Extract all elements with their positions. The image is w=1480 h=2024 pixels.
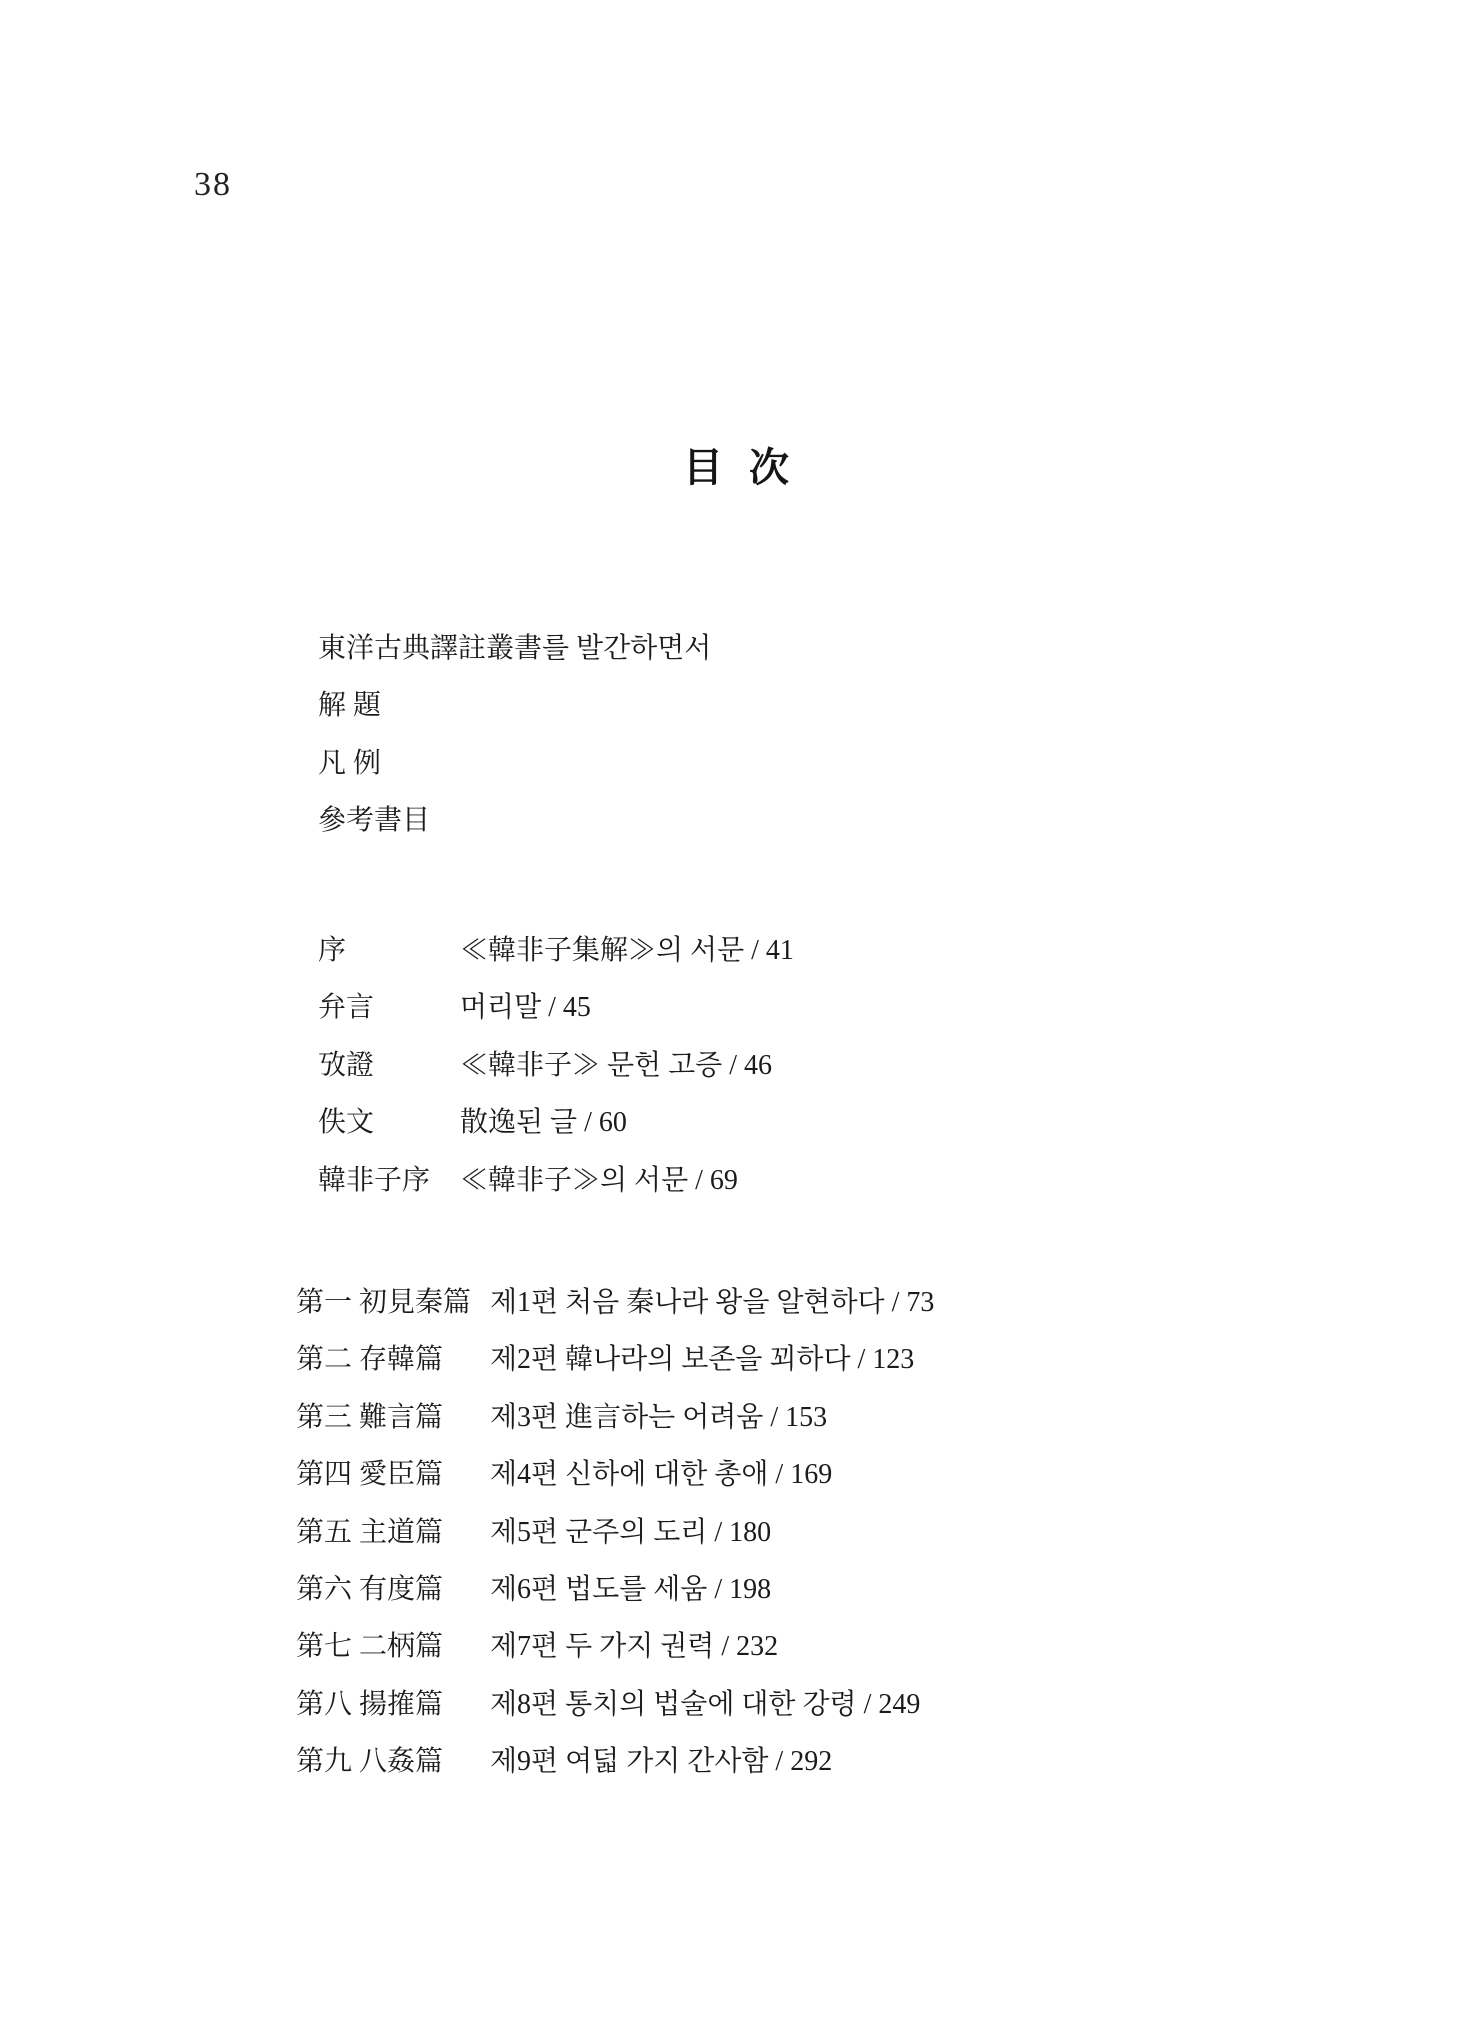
toc-entry-description: 제2편 韓나라의 보존을 꾀하다 / 123	[490, 1331, 914, 1388]
toc-entry: 第四 愛臣篇 제4편 신하에 대한 총애 / 169	[296, 1446, 934, 1503]
front-matter-item: 解 題	[318, 677, 711, 734]
toc-entry-label: 第八 揚搉篇	[296, 1676, 490, 1733]
toc-entry: 佚文 散逸된 글 / 60	[318, 1094, 794, 1151]
toc-entry: 第六 有度篇 제6편 법도를 세움 / 198	[296, 1561, 934, 1618]
toc-entry: 第一 初見秦篇 제1편 처음 秦나라 왕을 알현하다 / 73	[296, 1274, 934, 1331]
front-matter-item: 東洋古典譯註叢書를 발간하면서	[318, 620, 711, 677]
front-matter-item: 參考書目	[318, 792, 711, 849]
document-page: 38 目 次 東洋古典譯註叢書를 발간하면서 解 題 凡 例 參考書目 序 ≪韓…	[0, 0, 1480, 2024]
toc-entry-label: 第六 有度篇	[296, 1561, 490, 1618]
toc-entry: 第八 揚搉篇 제8편 통치의 법술에 대한 강령 / 249	[296, 1676, 934, 1733]
toc-entry-description: 제5편 군주의 도리 / 180	[490, 1504, 771, 1561]
toc-entry: 第七 二柄篇 제7편 두 가지 권력 / 232	[296, 1618, 934, 1675]
toc-entry-description: 散逸된 글 / 60	[460, 1094, 627, 1151]
toc-entry: 弁言 머리말 / 45	[318, 979, 794, 1036]
toc-entry: 第二 存韓篇 제2편 韓나라의 보존을 꾀하다 / 123	[296, 1331, 934, 1388]
toc-entry: 攷證 ≪韓非子≫ 문헌 고증 / 46	[318, 1037, 794, 1094]
toc-entry-description: ≪韓非子≫ 문헌 고증 / 46	[460, 1037, 772, 1094]
front-matter-item: 凡 例	[318, 735, 711, 792]
chapter-list: 第一 初見秦篇 제1편 처음 秦나라 왕을 알현하다 / 73 第二 存韓篇 제…	[296, 1274, 934, 1791]
toc-entry-label: 第五 主道篇	[296, 1504, 490, 1561]
toc-entry-label: 第七 二柄篇	[296, 1618, 490, 1675]
toc-entry-description: 제4편 신하에 대한 총애 / 169	[490, 1446, 832, 1503]
toc-entry-label: 佚文	[318, 1094, 460, 1151]
toc-entry-description: 제8편 통치의 법술에 대한 강령 / 249	[490, 1676, 920, 1733]
toc-entry-label: 攷證	[318, 1037, 460, 1094]
toc-entry-label: 第二 存韓篇	[296, 1331, 490, 1388]
toc-entry-label: 第九 八姦篇	[296, 1733, 490, 1790]
toc-entry-description: 제6편 법도를 세움 / 198	[490, 1561, 771, 1618]
toc-entry-description: ≪韓非子≫의 서문 / 69	[460, 1152, 738, 1209]
toc-entry-description: 제7편 두 가지 권력 / 232	[490, 1618, 778, 1675]
toc-entry: 第五 主道篇 제5편 군주의 도리 / 180	[296, 1504, 934, 1561]
toc-entry: 韓非子序 ≪韓非子≫의 서문 / 69	[318, 1152, 794, 1209]
front-matter-list: 東洋古典譯註叢書를 발간하면서 解 題 凡 例 參考書目	[318, 620, 711, 850]
toc-entry-description: ≪韓非子集解≫의 서문 / 41	[460, 922, 794, 979]
toc-entry-description: 제3편 進言하는 어려움 / 153	[490, 1389, 827, 1446]
toc-entry-label: 序	[318, 922, 460, 979]
toc-entry-label: 弁言	[318, 979, 460, 1036]
preface-list: 序 ≪韓非子集解≫의 서문 / 41 弁言 머리말 / 45 攷證 ≪韓非子≫ …	[318, 922, 794, 1209]
toc-entry-label: 第一 初見秦篇	[296, 1274, 490, 1331]
toc-entry-label: 韓非子序	[318, 1152, 460, 1209]
toc-entry-label: 第三 難言篇	[296, 1389, 490, 1446]
page-number: 38	[194, 166, 232, 204]
toc-entry: 序 ≪韓非子集解≫의 서문 / 41	[318, 922, 794, 979]
toc-title: 目 次	[0, 436, 1480, 493]
toc-entry: 第三 難言篇 제3편 進言하는 어려움 / 153	[296, 1389, 934, 1446]
toc-entry: 第九 八姦篇 제9편 여덟 가지 간사함 / 292	[296, 1733, 934, 1790]
toc-entry-description: 제1편 처음 秦나라 왕을 알현하다 / 73	[490, 1274, 934, 1331]
toc-entry-label: 第四 愛臣篇	[296, 1446, 490, 1503]
toc-entry-description: 제9편 여덟 가지 간사함 / 292	[490, 1733, 832, 1790]
toc-entry-description: 머리말 / 45	[460, 979, 591, 1036]
